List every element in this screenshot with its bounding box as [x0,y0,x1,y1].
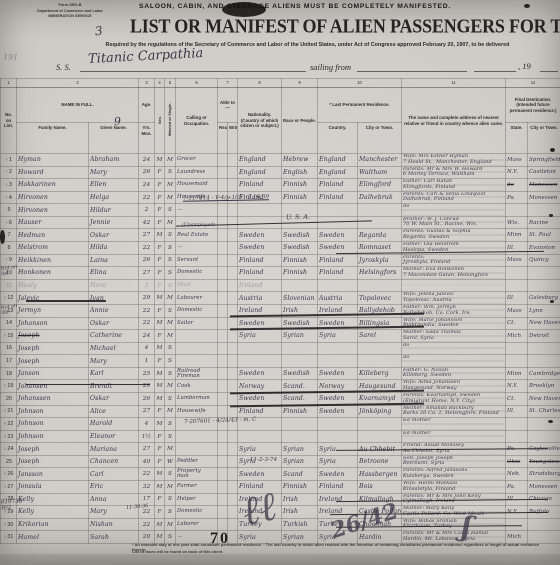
cell-given: Oskar [89,317,139,330]
cell-sex: M [155,342,165,355]
cell-no: 17 [1,355,17,368]
cell-yrs: 27 [139,229,155,242]
cell-nat: Finland [238,405,282,418]
cell-nat: England [238,166,282,179]
margin-tick: × [4,534,7,539]
row-number: 29 [7,509,13,515]
cell-ms: M [165,191,176,204]
cell-race: Swedish [282,242,318,255]
cell-ms: S [165,430,176,443]
col-header-given: Given Name. [89,123,139,154]
col-header-yrs-mos: Yrs. Mos. [139,123,155,154]
cell-nat: Finland [238,254,282,267]
group-header-row: No. on List. NAME IN FULL. Age. Sex. Mar… [1,88,560,123]
cell-race: Scand. [282,392,318,405]
cell-yrs: 29 [139,380,155,393]
cell-state: N.Y. [506,166,528,179]
table-row: ×29KellyMary22FSDomesticIrelandIrishIrel… [1,506,560,519]
cell-nat [238,430,282,443]
col-header-name: NAME IN FULL. [17,88,139,123]
cell-race [282,279,318,292]
cell-yrs: 17 [139,493,155,506]
cell-dest [528,342,560,355]
row-number: 7 [8,232,11,238]
cell-state: Pa. [506,481,528,494]
cell-dest: Monessen [528,179,560,192]
cell-country: Sweden [318,468,358,481]
cell-city: Kvarnamyd [358,392,402,405]
cell-given: Karl [89,367,139,380]
cell-dest: Detroit [528,330,560,343]
cell-rd [218,430,228,443]
margin-number: 191 [3,54,18,62]
table-row: 25JosephChancen40FWPeddlerSyriaSyrianSyr… [1,455,560,468]
cell-family: Hedman [17,229,89,242]
cell-rel: Wife: Helmi Matkala Kinsaletyla, Finland [402,481,506,494]
cell-family: Johansen [17,380,89,393]
cell-yrs: 22 [139,468,155,481]
cell-nat: Sweden [238,229,282,242]
col-header-age: Age. [139,88,155,123]
cell-yrs: 3 [139,279,155,292]
cell-city: Betroone [358,455,402,468]
row-number: 2 [9,169,12,175]
cell-rd [218,405,228,418]
cell-race [282,342,318,355]
table-row: ×15JosephCatherine24FMSyriaSyrianSyriaSa… [1,330,560,343]
cell-sex: M [155,418,165,431]
cell-rel: Wife: Mrs Esther Hyman 7 Heald St., Manc… [402,154,506,167]
cell-occ: Railroad Fireman [176,367,218,380]
notice-banner: SALOON, CABIN, AND STEERAGE ALIENS MUST … [60,3,530,10]
table-row: ×9HeikkinenLaina26FSServantFinlandFinnis… [1,254,560,267]
cell-wr [228,367,238,380]
cell-race [282,204,318,217]
cell-city [358,279,402,292]
cell-sex: M [155,380,165,393]
col-header-married: Married or Single. [165,88,176,154]
cell-race: Finnish [282,254,318,267]
cell-wr [228,317,238,330]
cell-city [358,204,402,217]
cell-ms: M [165,330,176,343]
cell-no: ×13 [1,304,17,317]
passenger-table: 1 2 3 4 5 6 7 8 9 10 11 12 No. on List. … [0,78,560,544]
cell-ms: S [165,267,176,280]
col-header-state: State. [506,123,528,154]
cell-no: 10 [1,267,17,280]
table-row: ×22JohnsonHarold4MSEd mother [1,418,560,431]
cell-rel: Parents: Carl & Stina Lindqvist Dalhebru… [402,191,506,204]
cell-rd [218,254,228,267]
cell-country: England [318,154,358,167]
cell-state [506,342,528,355]
col-header-married-label: Married or Single. [168,103,172,136]
cell-ms: M [165,518,176,531]
cell-race: Finnish [282,191,318,204]
cell-family: Krikorian [17,518,89,531]
cell-family: Hakkarinen [17,179,89,192]
row-number: 22 [7,421,13,427]
cell-family: Kelly [17,493,89,506]
cell-country [318,216,358,229]
cell-no: ×2 [1,166,17,179]
cell-sex: M [155,468,165,481]
cell-occ: Servant [176,254,218,267]
table-row: 8HelstromHilda22FS—SwedenSwedishSwedenRo… [1,242,560,255]
cell-wr [228,392,238,405]
cell-given: Harold [89,418,139,431]
cell-given: Anna [89,493,139,506]
margin-tick: × [5,169,8,174]
cell-ms: W [165,455,176,468]
table-row: 17JosephMary1FSdo [1,355,560,368]
cell-ms: S [165,342,176,355]
cell-ms: S [165,254,176,267]
cell-occ: Peddler [176,455,218,468]
manifest-page: Form 1500-B Department of Commerce and L… [0,0,560,565]
cell-state [506,518,528,531]
table-row: ×6HauserJennie42FMBrother: W. J. Conrad … [1,216,560,229]
cell-wr [228,179,238,192]
row-number: 28 [7,496,13,502]
cell-state: Neb. [506,468,528,481]
cell-rel [402,279,506,292]
cell-occ [176,443,218,456]
cell-no: ×26 [1,468,17,481]
cell-yrs: 2 [139,204,155,217]
cell-wr [228,216,238,229]
cell-rd [218,330,228,343]
cell-sex: F [155,204,165,217]
cell-sex: F [155,242,165,255]
cell-state: Mass [506,154,528,167]
cell-family: Jonsula [17,481,89,494]
col-header-dest-city: City or Town. [528,123,560,154]
cell-ms: S [165,506,176,519]
cell-sex: F [155,430,165,443]
cell-race: Scand. [282,380,318,393]
col-num: 6 [176,79,218,88]
cell-nat: Austria [238,292,282,305]
cell-dest: Youngstown [528,455,560,468]
cell-rd [218,204,228,217]
table-row: ×2HowardMary26FSLaundressEnglandEnglishE… [1,166,560,179]
cell-occ: — [176,204,218,217]
cell-dest [528,418,560,431]
cell-no: 20 [1,392,17,405]
cell-family: Hirvonen [17,204,89,217]
cell-no: ×30 [1,518,17,531]
cell-rel: Wife: Marie Johansson Buddgundia, Sweden [402,317,506,330]
cell-nat: Syria [238,443,282,456]
cell-country [318,355,358,368]
cell-yrs: 27 [139,443,155,456]
cell-state: Mich [506,330,528,343]
cell-dest [528,204,560,217]
cell-ms: S [165,166,176,179]
cell-rel: do [402,355,506,368]
cell-city: Killeberg [358,367,402,380]
row-number: 4 [9,195,12,201]
cell-country [318,342,358,355]
cell-sex: F [155,455,165,468]
cell-no: ×15 [1,330,17,343]
cell-rel: Ed mother [402,430,506,443]
table-row: ×12JalevicIvan29MMLabourerAustriaSloveni… [1,292,560,305]
cell-city [358,418,402,431]
cell-country: Finland [318,481,358,494]
cell-state: N.Y. [506,380,528,393]
cell-dest: Brooklyn [528,380,560,393]
cell-rd [218,355,228,368]
cell-no: ×19 [1,380,17,393]
cell-race [282,216,318,229]
cell-ms: S [165,367,176,380]
cell-sex: M [155,367,165,380]
cell-sex: F [155,330,165,343]
cell-wr [228,430,238,443]
cell-state: Minn [506,229,528,242]
cell-wr [228,493,238,506]
cell-nat [238,355,282,368]
cell-rel: Father: Carl Ratah Elimgfords, Finland [402,179,506,192]
cell-dest: Monessen [528,191,560,204]
cell-yrs: 22 [139,317,155,330]
cell-country: Finland [318,254,358,267]
table-row: 16JosephMichael4MSdo [1,342,560,355]
cell-occ: Maid [176,279,218,292]
cell-no: ×28 [1,493,17,506]
cell-sex: M [155,154,165,167]
cell-country: Finland [318,179,358,192]
cell-city [358,430,402,443]
cell-occ: Helper [176,493,218,506]
cell-occ: Housemaid [176,179,218,192]
cell-occ [176,342,218,355]
cell-ms: S [165,204,176,217]
cell-race: Hebrew [282,154,318,167]
table-row: 11HealyNora3FSMaidIreland [1,279,560,292]
cell-ms: S [165,242,176,255]
table-row: 7HedmanOskar27MSReal EstateSwedenSwedish… [1,229,560,242]
cell-wr [228,254,238,267]
cell-wr [228,292,238,305]
cell-state: Pa. [506,443,528,456]
table-row: ×1HymanAbraham24MMGrocerEnglandHebrewEng… [1,154,560,167]
row-number: 31 [7,534,13,540]
cell-sex: F [155,279,165,292]
cell-ms: M [165,405,176,418]
row-number: 6 [9,220,12,226]
cell-race: Swedish [282,317,318,330]
cell-nat [238,418,282,431]
cell-dest: Castleton [528,166,560,179]
cell-no: ×6 [1,216,17,229]
cell-race: Finnish [282,405,318,418]
scan-edge-shade [0,554,560,565]
margin-tick: × [4,522,7,527]
cell-rd [218,229,228,242]
cell-given: Annie [89,304,139,317]
cell-given: Mary [89,355,139,368]
cell-rd [218,267,228,280]
cell-given: Eleanor [89,430,139,443]
cell-race: Syrian [282,443,318,456]
cell-nat: Ireland [238,279,282,292]
cell-no: ×9 [1,254,17,267]
cell-rd [218,468,228,481]
cell-wr [228,380,238,393]
cell-state [506,279,528,292]
cell-rel: Parents: Jyroskyla, Finland [402,254,506,267]
cell-nat: Syria [238,330,282,343]
cell-country: Austria [318,292,358,305]
cell-family: Hauser [17,216,89,229]
cell-nat: Finland [238,191,282,204]
cell-state: Ct. [506,317,528,330]
cell-ms: M [165,380,176,393]
cell-occ: Domestic [176,304,218,317]
cell-state [506,355,528,368]
cell-wr [228,330,238,343]
cell-ms: S [165,355,176,368]
cell-wr [228,279,238,292]
cell-given: Brendt [89,380,139,393]
table-row: ×28KellyAnna17FSHelperIrelandIrishIrelan… [1,493,560,506]
cell-country: Syria [318,455,358,468]
cell-yrs: 26 [139,166,155,179]
cell-given: Hilda [89,242,139,255]
cell-wr [228,481,238,494]
row-number: 20 [6,396,12,402]
col-num: 2 [17,79,139,88]
cell-ms: M [165,154,176,167]
cell-city: Regarda [358,229,402,242]
cell-city: Elimgford [358,179,402,192]
cell-country [318,430,358,443]
margin-tick: × [5,195,8,200]
cell-dest: St. Charles [528,405,560,418]
cell-no: 18 [1,367,17,380]
cell-ms: S [165,468,176,481]
cell-sex: F [155,179,165,192]
row-number: 13 [7,308,13,314]
table-row: ×30KrikorianNishan22MMLaborerTurkeyTurki… [1,518,560,531]
cell-dest: Evanston [528,242,560,255]
margin-tick: × [5,220,8,225]
cell-dest: Quincy [528,254,560,267]
cell-yrs: 27 [139,267,155,280]
cell-yrs: 22 [139,506,155,519]
cell-country: Ireland [318,493,358,506]
margin-tick: × [4,383,7,388]
cell-city [358,342,402,355]
cell-rd [218,481,228,494]
table-row: ×4HirvonenHelga22FMHousewifeFinlandFinni… [1,191,560,204]
cell-city: Hassbergen [358,468,402,481]
cell-occ [176,216,218,229]
cell-given: Elina [89,267,139,280]
cell-country: England [318,166,358,179]
table-row: ×19JohansenBrendt29MMCookNorwayScand.Nor… [1,380,560,393]
cell-sex: M [155,518,165,531]
cell-yrs: 26 [139,392,155,405]
cell-given: Chancen [89,455,139,468]
cell-given: Mary [89,166,139,179]
cell-yrs: 26 [139,254,155,267]
cell-nat: Norway [238,380,282,393]
cell-family: Joseph [17,342,89,355]
cell-country [318,418,358,431]
cell-country: Sweden [318,242,358,255]
row-number: 24 [7,446,13,452]
row-number: 19 [7,383,13,389]
cell-race: Finnish [282,179,318,192]
cell-family: Hyman [17,154,89,167]
cell-rd [218,392,228,405]
row-number: 3 [9,182,12,188]
cell-given: Alice [89,405,139,418]
cell-city [358,216,402,229]
cell-given: Sarah [89,531,139,544]
cell-state: Ill. [506,405,528,418]
cell-sex: M [155,229,165,242]
cell-rel: Ed mother [402,418,506,431]
cell-rd [218,418,228,431]
cell-yrs: 24 [139,154,155,167]
cell-country: Turkey [318,518,358,531]
cell-ms: M [165,317,176,330]
cell-city: Helsingfors [358,267,402,280]
cell-given: Nishan [89,518,139,531]
margin-tick: × [5,257,8,262]
col-header-sex: Sex. [155,88,165,154]
cell-nat: England [238,154,282,167]
cell-occ: Farmer [176,481,218,494]
cell-family: Janson [17,367,89,380]
cell-family: Honkonen [17,267,89,280]
cell-city: Manchester [358,154,402,167]
cell-family: Johnson [17,405,89,418]
margin-tick: × [4,496,7,501]
cell-country: Ireland [318,506,358,519]
cell-city: Kilmallagh [358,493,402,506]
cell-no: ×29 [1,506,17,519]
cell-yrs: 22 [139,304,155,317]
cell-family: Joseph [17,355,89,368]
manifest-body: ×1HymanAbraham24MMGrocerEnglandHebrewEng… [1,154,560,544]
cell-wr [228,166,238,179]
cell-city [358,355,402,368]
cell-race [282,355,318,368]
cell-country: Norway [318,380,358,393]
cell-state: Wis. [506,216,528,229]
cell-yrs: 22 [139,191,155,204]
cell-country: Sweden [318,392,358,405]
cell-ms: S [165,418,176,431]
margin-tick: × [4,484,7,489]
cell-sex: F [155,405,165,418]
cell-nat: Sweden [238,392,282,405]
cell-dest [528,430,560,443]
cell-given: Laina [89,254,139,267]
cell-occ: Domestic [176,267,218,280]
cell-wr [228,229,238,242]
col-header-able: Able to— [218,88,238,123]
cell-rd [218,506,228,519]
cell-ms: M [165,292,176,305]
